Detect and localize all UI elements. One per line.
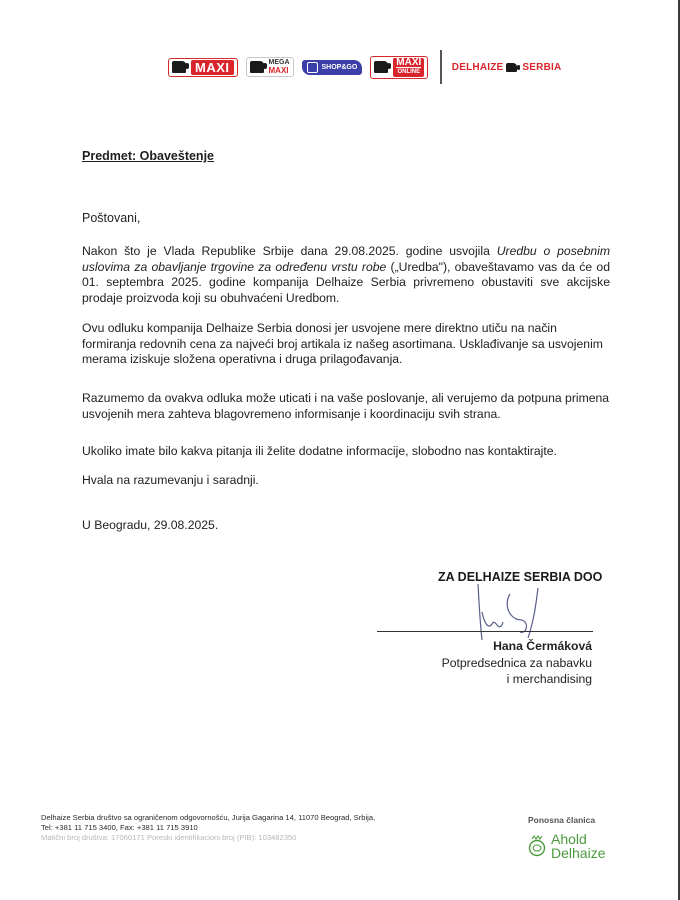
mega-maxi-logo: MEGA MAXI	[246, 57, 294, 77]
signer-name: Hana Čermáková	[442, 638, 592, 655]
header-divider	[440, 50, 442, 84]
brand-logos-header: MAXI MEGA MAXI SHOP&GO MAXI ONLINE DELHA…	[168, 52, 561, 82]
delhaize-serbia-logo: DELHAIZE SERBIA	[452, 62, 562, 73]
lion-icon	[250, 61, 264, 73]
letter-subject: Predmet: Obaveštenje	[82, 149, 214, 163]
maxi-logo: MAXI	[168, 58, 238, 77]
lion-icon	[172, 61, 186, 73]
member-label: Ponosna članica	[528, 815, 595, 825]
paragraph-1: Nakon što je Vlada Republike Srbije dana…	[82, 244, 610, 306]
paragraph-5: Hvala na razumevanju i saradnji.	[82, 473, 610, 489]
signature-line	[377, 631, 593, 632]
handwritten-signature	[470, 582, 560, 642]
lion-icon	[506, 63, 517, 72]
paragraph-4: Ukoliko imate bilo kakva pitanja ili žel…	[82, 444, 610, 460]
ahold-delhaize-logo: Ahold Delhaize	[528, 832, 605, 860]
place-and-date: U Beogradu, 29.08.2025.	[82, 518, 218, 532]
signer-title: Potpredsednica za nabavku	[442, 655, 592, 672]
paragraph-3: Razumemo da ovakva odluka može uticati i…	[82, 391, 610, 422]
footer-company-info: Delhaize Serbia društvo sa ograničenom o…	[41, 813, 375, 843]
shopping-bag-icon	[307, 62, 318, 73]
ahold-delhaize-emblem-icon	[528, 834, 546, 858]
signer-block: Hana Čermáková Potpredsednica za nabavku…	[442, 638, 592, 688]
lion-icon	[374, 61, 388, 73]
signer-title-2: i merchandising	[442, 671, 592, 688]
paragraph-2: Ovu odluku kompanija Delhaize Serbia don…	[82, 321, 610, 368]
salutation: Poštovani,	[82, 211, 140, 225]
shop-and-go-logo: SHOP&GO	[302, 60, 363, 75]
maxi-online-logo: MAXI ONLINE	[370, 56, 428, 79]
